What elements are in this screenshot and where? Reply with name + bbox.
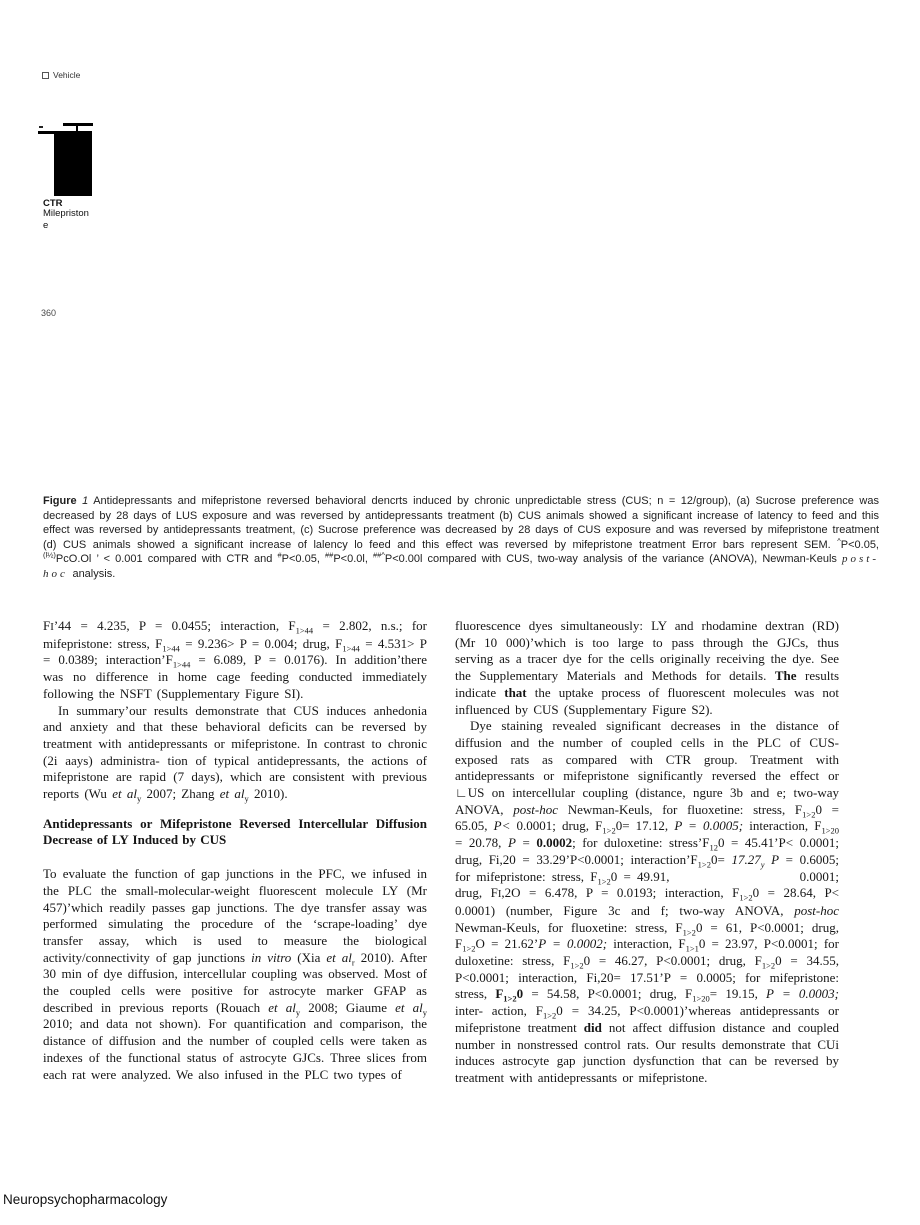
page-number: 360 bbox=[41, 308, 56, 318]
paragraph-dye-staining: Dye staining revealed significant decrea… bbox=[455, 718, 839, 1086]
x-axis-label-milepristone: Milepriston bbox=[43, 209, 89, 219]
axis-line-fragment bbox=[38, 131, 55, 134]
legend-open-square-icon bbox=[42, 72, 49, 79]
error-bar-cap bbox=[63, 123, 93, 126]
x-axis-label-milepristone-cont: e bbox=[43, 221, 48, 231]
section-heading: Antidepressants or Mifepristone Reversed… bbox=[43, 816, 427, 849]
legend-label: Vehicle bbox=[53, 70, 80, 80]
journal-name: Neuropsychopharmacology bbox=[3, 1192, 167, 1207]
bar-ctr bbox=[54, 131, 92, 196]
two-column-body: FI’44 = 4.235, P = 0.0455; interaction, … bbox=[43, 618, 839, 1087]
paragraph-summary: In summary’our results demonstrate that … bbox=[43, 703, 427, 803]
figure-caption: Figure 1 Antidepressants and mifepriston… bbox=[43, 494, 879, 582]
right-column: fluorescence dyes simultaneously: LY and… bbox=[455, 618, 839, 1087]
paragraph-dyes: fluorescence dyes simultaneously: LY and… bbox=[455, 618, 839, 718]
left-column: FI’44 = 4.235, P = 0.0455; interaction, … bbox=[43, 618, 427, 1087]
paragraph-stats: FI’44 = 4.235, P = 0.0455; interaction, … bbox=[43, 618, 427, 703]
paragraph-gap-junctions: To evaluate the function of gap junction… bbox=[43, 866, 427, 1083]
axis-tick bbox=[39, 126, 43, 128]
chart-legend: Vehicle bbox=[42, 70, 80, 80]
